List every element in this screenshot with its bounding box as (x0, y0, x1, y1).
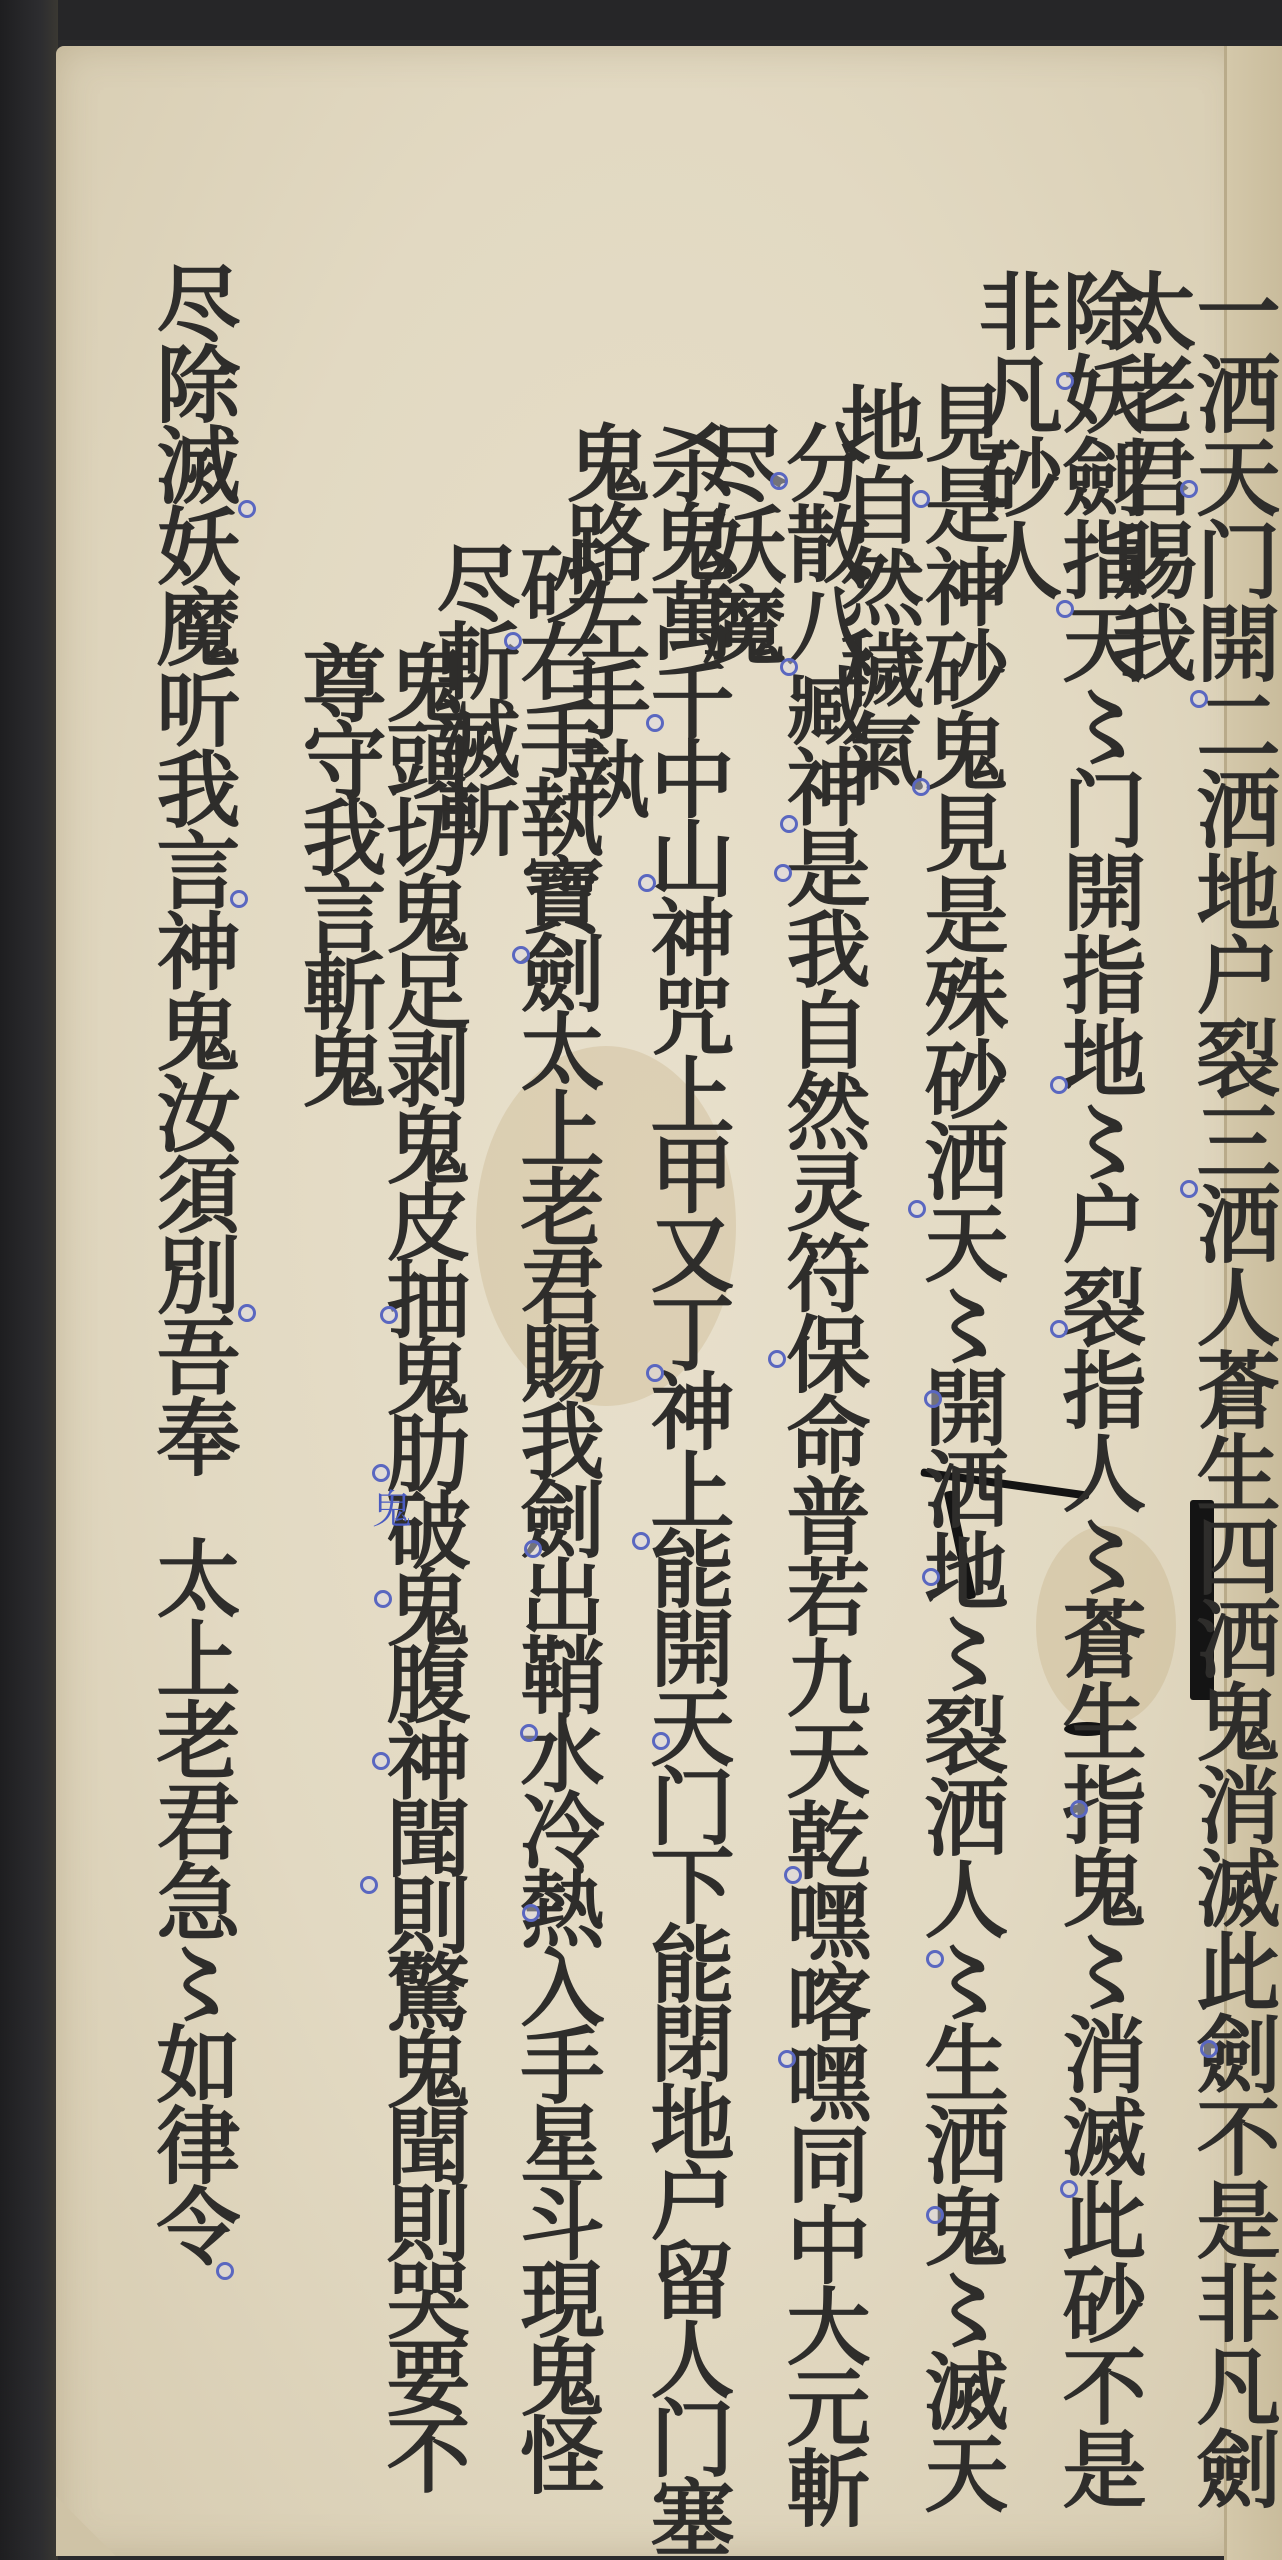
punctuation-circle (372, 1464, 390, 1482)
punctuation-circle (778, 2050, 796, 2068)
punctuation-circle (780, 815, 798, 833)
punctuation-circle (374, 1590, 392, 1608)
punctuation-circle (1200, 2040, 1218, 2058)
punctuation-circle (504, 632, 522, 650)
marginal-annotation: 鬼 (372, 1478, 412, 1535)
text-column-8: 尽除滅妖魔听我言神鬼汝須別吾奉太上老君急〻如律令 (150, 260, 234, 2264)
punctuation-circle (926, 2206, 944, 2224)
punctuation-circle (638, 874, 656, 892)
punctuation-circle (908, 1200, 926, 1218)
punctuation-circle (230, 890, 248, 908)
punctuation-circle (768, 1350, 786, 1368)
top-edge-background (0, 0, 1282, 40)
punctuation-circle (770, 472, 788, 490)
punctuation-circle (774, 864, 792, 882)
punctuation-circle (1070, 1800, 1088, 1818)
punctuation-circle (924, 1390, 942, 1408)
punctuation-circle (646, 714, 664, 732)
punctuation-circle (632, 1532, 650, 1550)
punctuation-circle (524, 1540, 542, 1558)
punctuation-circle (926, 1950, 944, 1968)
punctuation-circle (238, 500, 256, 518)
punctuation-circle (216, 2262, 234, 2280)
punctuation-circle (912, 490, 930, 508)
punctuation-circle (922, 1568, 940, 1586)
punctuation-circle (646, 1364, 664, 1382)
punctuation-circle (512, 946, 530, 964)
punctuation-circle (1180, 480, 1198, 498)
punctuation-circle (1060, 2180, 1078, 2198)
book-binding-shadow (0, 0, 58, 2560)
punctuation-circle (522, 1904, 540, 1922)
punctuation-circle (784, 1866, 802, 1884)
punctuation-circle (360, 1876, 378, 1894)
text-column-8-part2: 太上老君急〻如律令 (143, 1535, 242, 2264)
punctuation-circle (912, 778, 930, 796)
punctuation-circle (1180, 1180, 1198, 1198)
punctuation-circle (1050, 1320, 1068, 1338)
punctuation-circle (780, 658, 798, 676)
punctuation-circle (238, 1304, 256, 1322)
punctuation-circle (520, 1724, 538, 1742)
punctuation-circle (652, 1732, 670, 1750)
punctuation-circle (1050, 1076, 1068, 1094)
punctuation-circle (372, 1752, 390, 1770)
punctuation-circle (1190, 690, 1208, 708)
punctuation-circle (1056, 372, 1074, 390)
punctuation-circle (380, 1306, 398, 1324)
punctuation-circle (1056, 600, 1074, 618)
text-column-8-part1: 尽除滅妖魔听我言神鬼汝須別吾奉 (143, 260, 242, 1475)
